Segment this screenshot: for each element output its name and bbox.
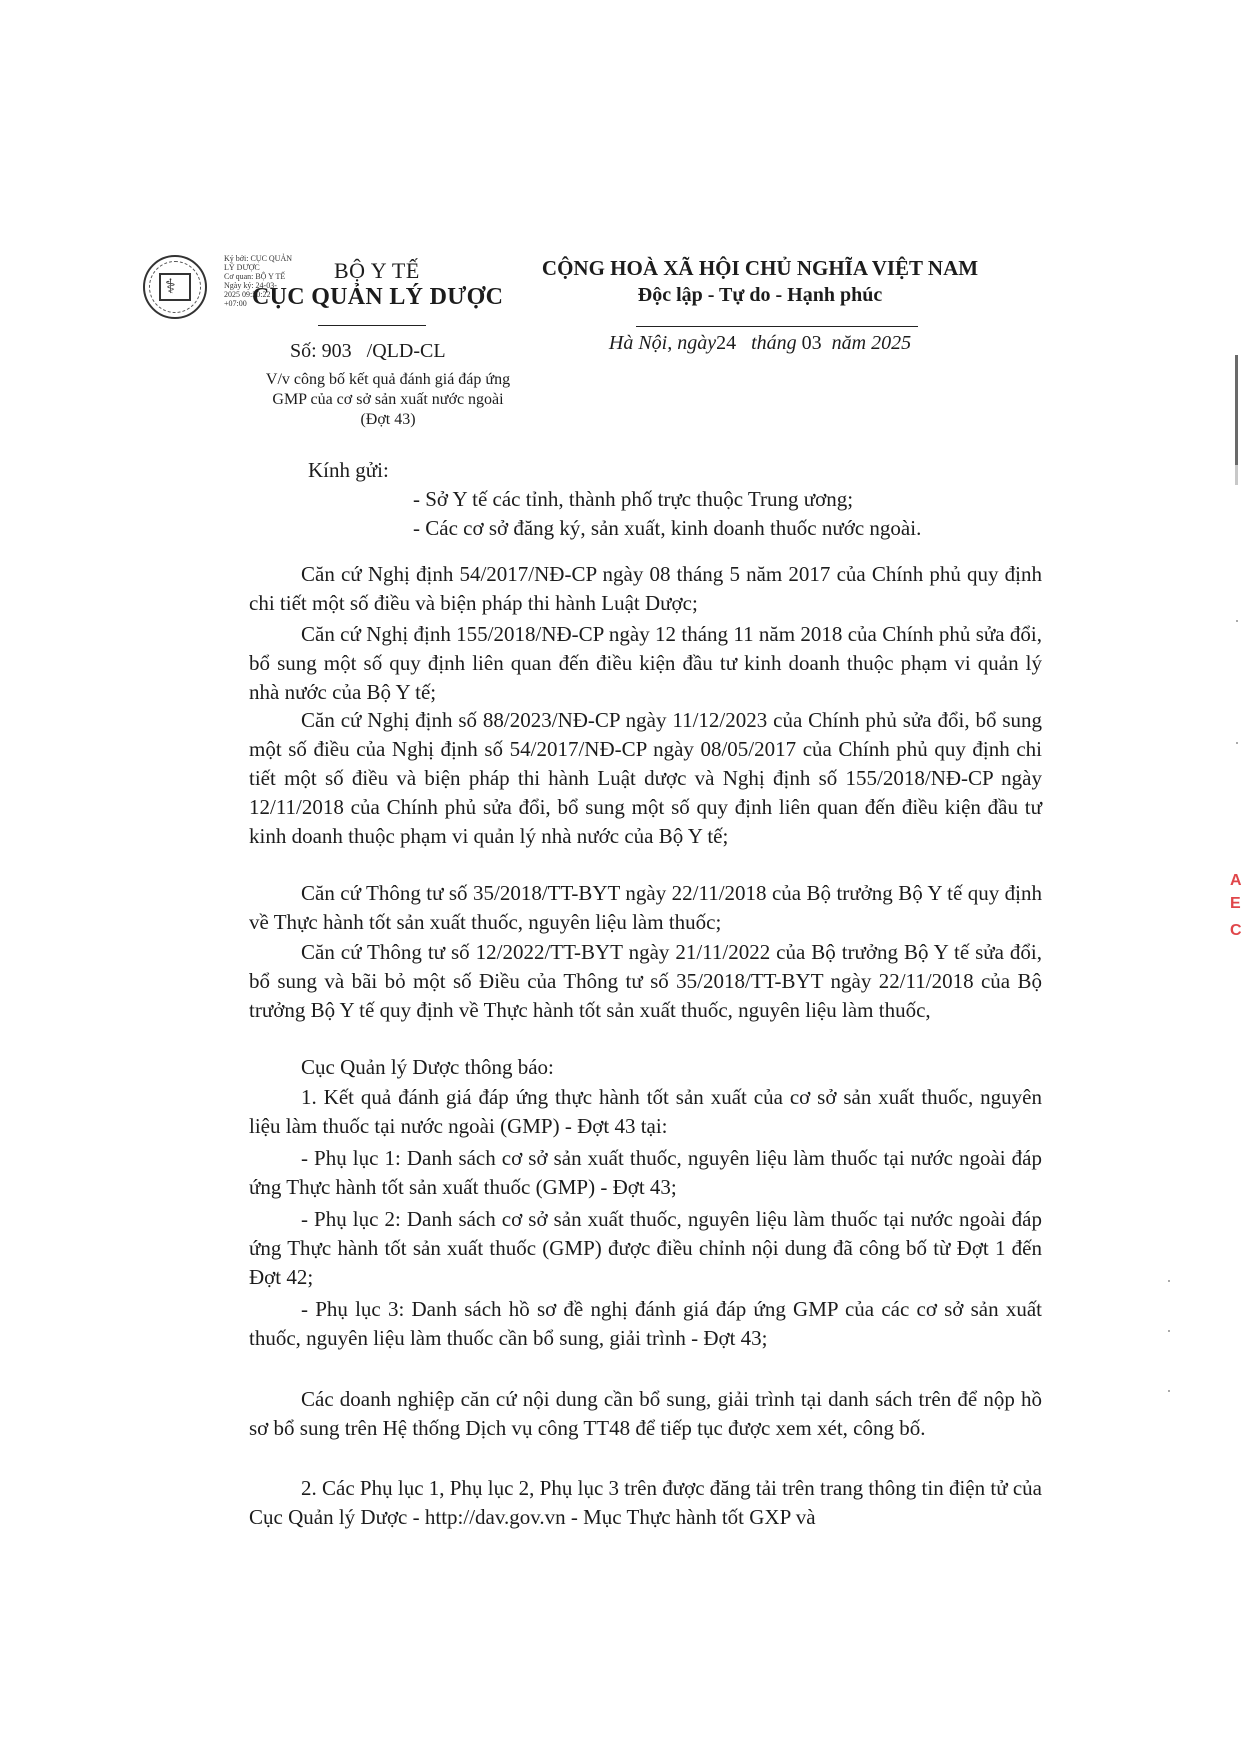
national-motto: Độc lập - Tự do - Hạnh phúc	[500, 284, 1020, 307]
stamp-fragment: C	[1230, 922, 1241, 940]
body-paragraph: 1. Kết quả đánh giá đáp ứng thực hành tố…	[249, 1083, 1042, 1141]
scan-speck	[1236, 742, 1238, 744]
appendix-item: - Phụ lục 2: Danh sách cơ sở sản xuất th…	[249, 1205, 1042, 1292]
scan-edge-mark	[1235, 355, 1238, 465]
document-number: Số: 903 /QLD-CL	[290, 340, 446, 363]
document-date: Hà Nội, ngày24 tháng 03 năm 2025	[500, 332, 1020, 355]
ministry-name: BỘ Y TẾ	[334, 258, 420, 284]
scan-edge-mark	[1235, 465, 1238, 485]
recipient-item: - Các cơ sở đăng ký, sản xuất, kinh doan…	[413, 516, 921, 541]
date-year: năm 2025	[832, 332, 911, 354]
subject-line: V/v công bố kết quả đánh giá đáp ứng	[238, 370, 538, 390]
department-name: CỤC QUẢN LÝ DƯỢC	[252, 284, 503, 311]
subject-line: GMP của cơ sở sản xuất nước ngoài	[238, 390, 538, 410]
recipient-item: - Sở Y tế các tỉnh, thành phố trực thuộc…	[413, 487, 853, 512]
date-prefix: Hà Nội, ngày	[609, 332, 716, 354]
body-paragraph: Căn cứ Nghị định 155/2018/NĐ-CP ngày 12 …	[249, 620, 1042, 707]
scan-speck	[1236, 620, 1238, 622]
signature-line: Ký bởi: CỤC QUẢN	[224, 254, 294, 263]
body-paragraph: Căn cứ Nghị định 54/2017/NĐ-CP ngày 08 t…	[249, 560, 1042, 618]
scan-speck	[1168, 1330, 1170, 1332]
body-paragraph: Căn cứ Nghị định số 88/2023/NĐ-CP ngày 1…	[249, 706, 1042, 851]
recipients-label: Kính gửi:	[308, 458, 389, 483]
body-paragraph: Căn cứ Thông tư số 12/2022/TT-BYT ngày 2…	[249, 938, 1042, 1025]
ministry-seal-icon	[143, 255, 207, 319]
subject-line: (Đợt 43)	[238, 410, 538, 430]
scan-speck	[1168, 1280, 1170, 1282]
body-paragraph: 2. Các Phụ lục 1, Phụ lục 2, Phụ lục 3 t…	[249, 1474, 1042, 1532]
seal-emblem	[159, 273, 191, 301]
national-title: CỘNG HOÀ XÃ HỘI CHỦ NGHĨA VIỆT NAM	[500, 256, 1020, 281]
header-divider-left	[318, 325, 426, 326]
header-divider-right	[636, 326, 918, 327]
body-paragraph: Các doanh nghiệp căn cứ nội dung cần bổ …	[249, 1385, 1042, 1443]
date-day: 24	[716, 332, 736, 354]
stamp-fragment: A	[1230, 872, 1241, 890]
signature-line: LÝ DƯỢC	[224, 263, 294, 272]
appendix-item: - Phụ lục 3: Danh sách hồ sơ đề nghị đán…	[249, 1295, 1042, 1353]
body-paragraph: Cục Quản lý Dược thông báo:	[249, 1053, 1042, 1082]
scan-speck	[1168, 1390, 1170, 1392]
appendix-item: - Phụ lục 1: Danh sách cơ sở sản xuất th…	[249, 1144, 1042, 1202]
stamp-fragment: E	[1230, 895, 1241, 913]
body-paragraph: Căn cứ Thông tư số 35/2018/TT-BYT ngày 2…	[249, 879, 1042, 937]
date-month: 03	[802, 332, 822, 354]
document-subject: V/v công bố kết quả đánh giá đáp ứng GMP…	[238, 370, 538, 430]
date-month-label: tháng	[751, 332, 797, 354]
signature-line: Cơ quan: BỘ Y TẾ	[224, 272, 294, 281]
